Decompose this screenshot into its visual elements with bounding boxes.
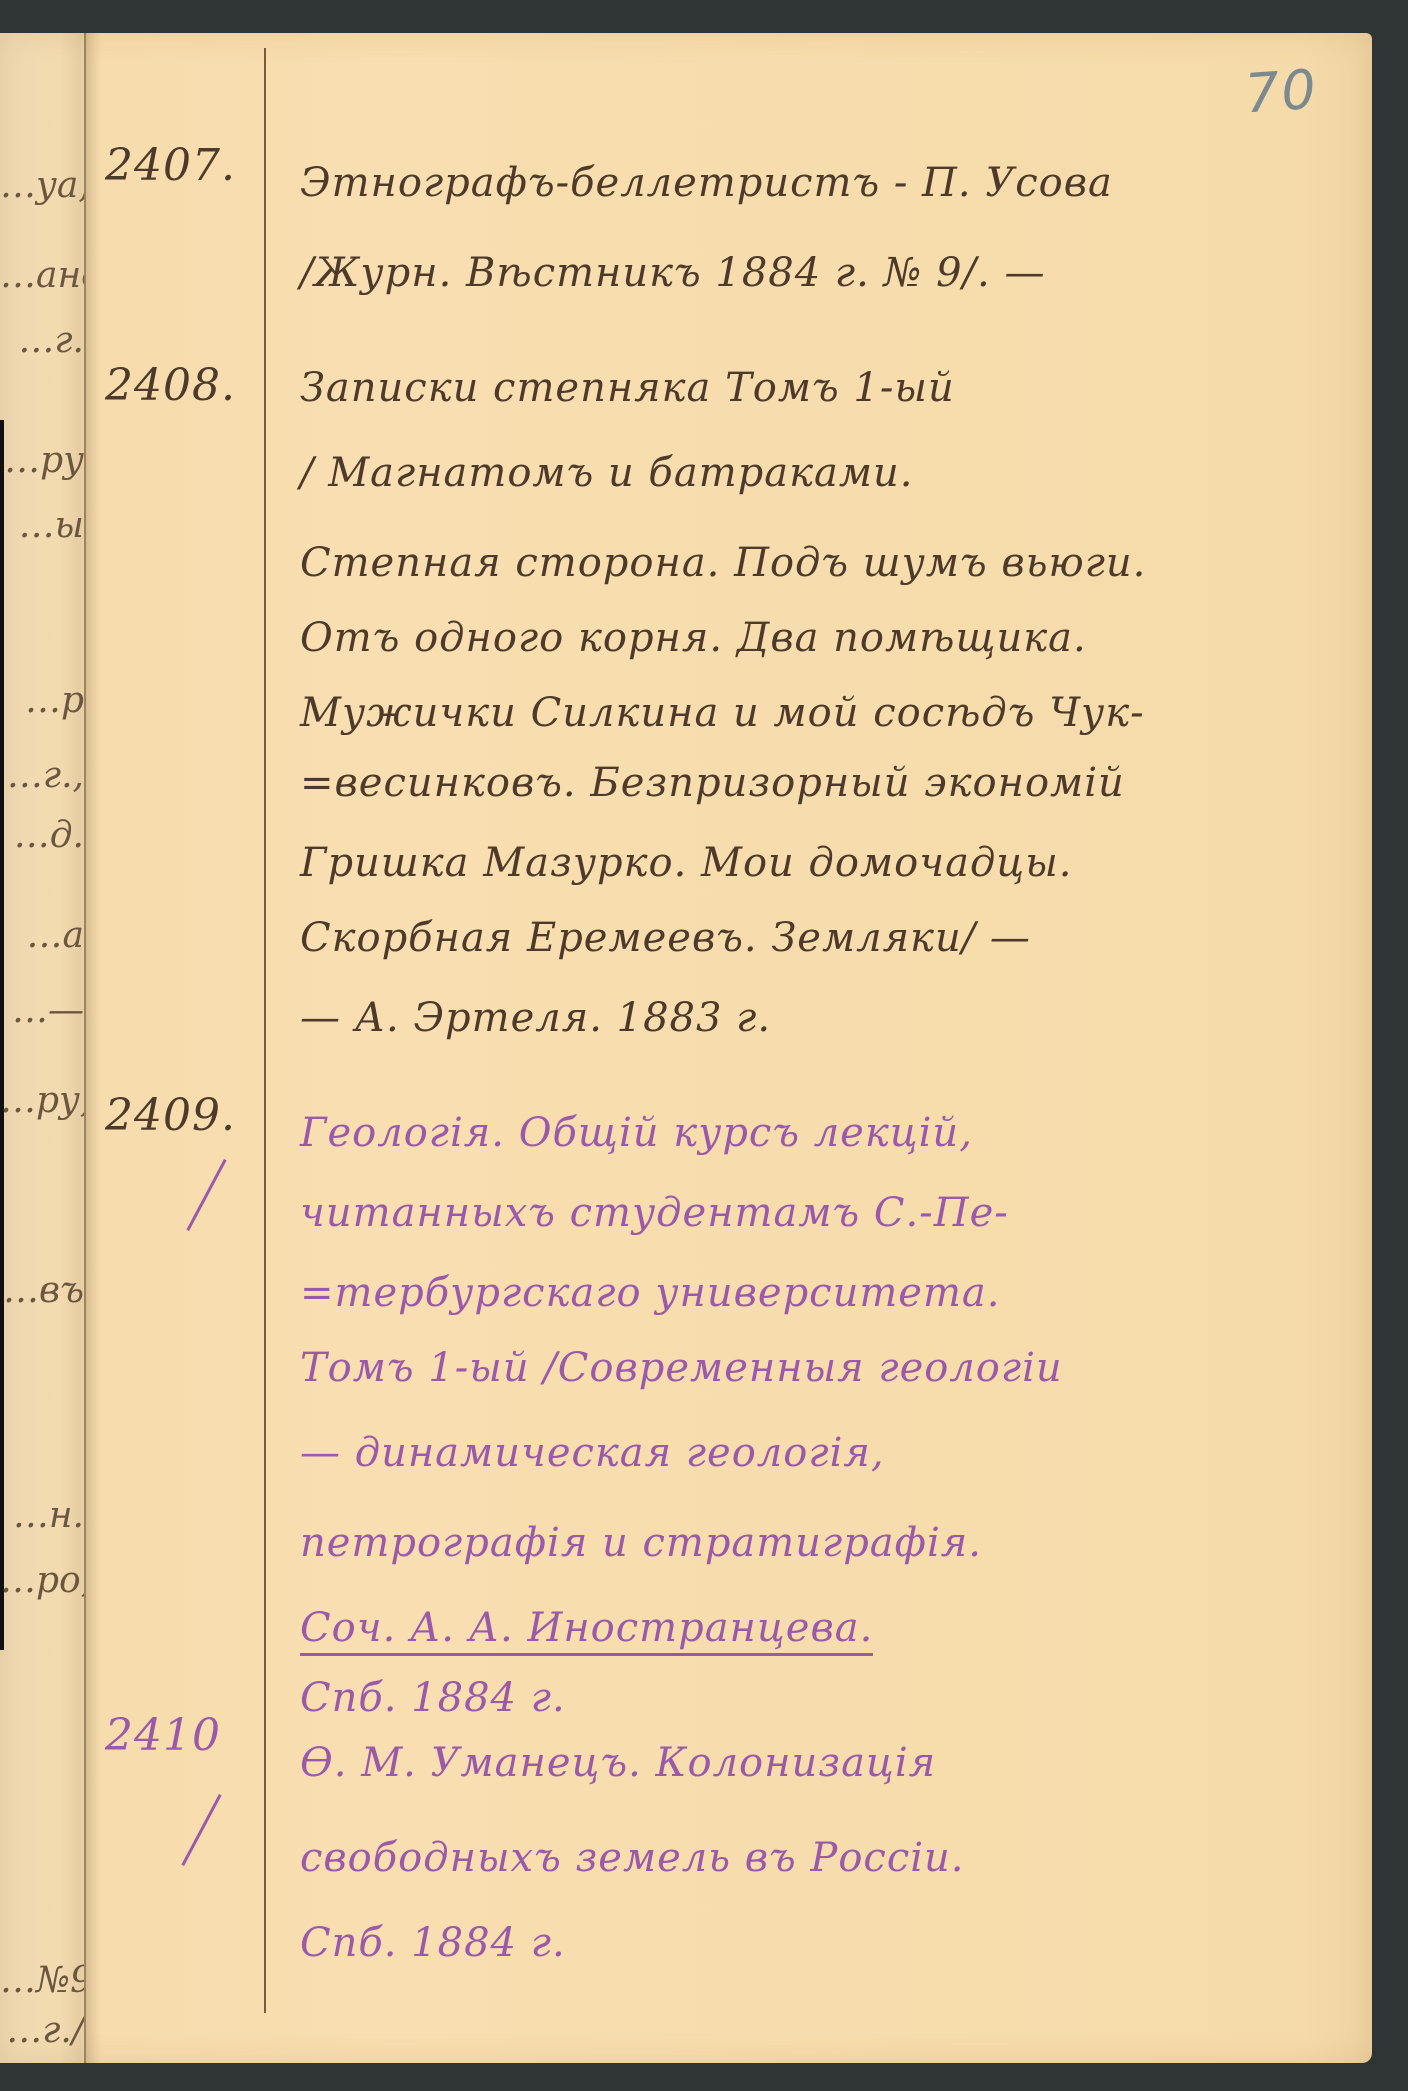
margin-fragment: …г. xyxy=(0,320,84,361)
margin-fragment: …а xyxy=(0,915,84,956)
margin-fragment: …д. xyxy=(0,815,84,856)
entry-line: Скорбная Еремеевъ. Земляки/ — xyxy=(300,915,1031,961)
margin-fragment: …г., xyxy=(0,755,84,796)
entry-line: Томъ 1-ый /Современныя геологіи xyxy=(300,1345,1063,1391)
entry-line: Отъ одного корня. Два помѣщика. xyxy=(300,615,1087,661)
entry-line: Мужички Силкина и мой сосѣдъ Чук- xyxy=(300,690,1145,736)
entry-line: Этнографъ-беллетристъ - П. Усова xyxy=(300,160,1113,206)
entry-line: =весинковъ. Безпризорный экономій xyxy=(300,760,1125,806)
entry-line: Спб. 1884 г. xyxy=(300,1675,566,1721)
entry-line: Гришка Мазурко. Мои домочадцы. xyxy=(300,840,1073,886)
entry-line: — А. Эртеля. 1883 г. xyxy=(300,995,771,1041)
entry-line: /Журн. Вѣстникъ 1884 г. № 9/. — xyxy=(300,250,1045,296)
entry-number: 2407. xyxy=(105,140,236,191)
margin-fragment: …ру, xyxy=(0,1080,84,1121)
entry-line: читанныхъ студентамъ С.-Пе- xyxy=(300,1190,1009,1236)
entry-number: 2410 xyxy=(105,1710,221,1761)
page-number: 70 xyxy=(1243,58,1320,126)
entry-line: Соч. А. А. Иностранцева. xyxy=(300,1605,873,1656)
entry-line: Геологія. Общій курсъ лекцій, xyxy=(300,1110,973,1156)
entry-number: 2408. xyxy=(105,360,236,411)
margin-fragment: …уа, xyxy=(0,165,84,206)
entry-line: петрографія и стратиграфія. xyxy=(300,1520,982,1566)
margin-fragment: …въ xyxy=(0,1270,84,1311)
margin-fragment: …— xyxy=(0,990,84,1031)
entry-line: свободныхъ земель въ Россіи. xyxy=(300,1835,964,1881)
entry-line: / Магнатомъ и батраками. xyxy=(300,450,913,496)
entry-line: Степная сторона. Подъ шумъ вьюги. xyxy=(300,540,1146,586)
margin-fragment: …г./ xyxy=(0,2010,84,2051)
entry-line: Спб. 1884 г. xyxy=(300,1920,566,1966)
gutter-shadow xyxy=(86,33,102,2063)
page-edge-shadow xyxy=(0,420,4,1650)
entry-line: Записки степняка Томъ 1-ый xyxy=(300,365,955,411)
number-column-rule xyxy=(264,48,266,2013)
margin-fragment: …ы xyxy=(0,505,84,546)
entry-line: — динамическая геологія, xyxy=(300,1430,885,1476)
margin-fragment: …ру xyxy=(0,440,84,481)
margin-fragment: …ро, xyxy=(0,1560,84,1601)
entry-line: =тербургскаго университета. xyxy=(300,1270,1000,1316)
entry-number: 2409. xyxy=(105,1090,236,1141)
margin-fragment: …№9, xyxy=(0,1960,84,2001)
margin-fragment: …н. xyxy=(0,1495,84,1536)
entry-line: Ѳ. М. Уманецъ. Колонизація xyxy=(300,1740,936,1786)
margin-fragment: …р xyxy=(0,680,84,721)
margin-fragment: …ано xyxy=(0,255,84,296)
